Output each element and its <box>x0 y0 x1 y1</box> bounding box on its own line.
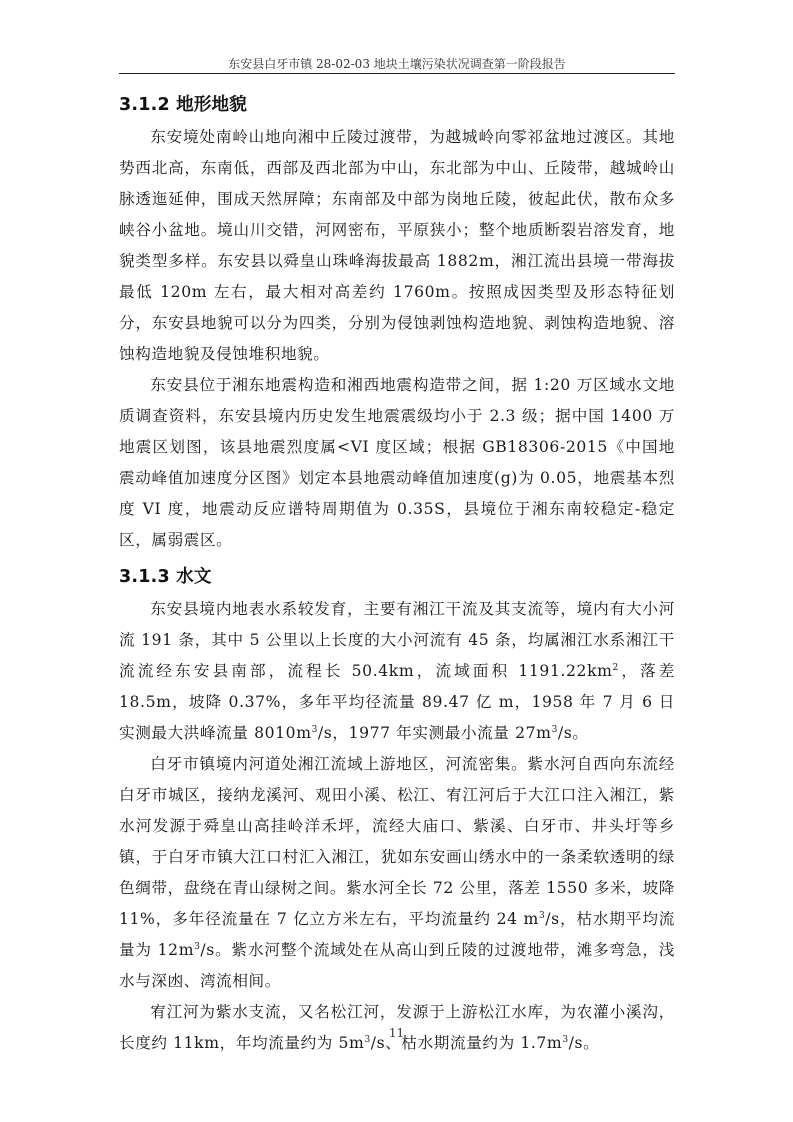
paragraph: 东安县位于湘东地震构造和湘西地震构造带之间，据 1:20 万区域水文地质调查资料… <box>119 370 675 556</box>
section-heading: 3.1.2 地形地貌 <box>119 88 675 122</box>
text-run: /s。紫水河整个流域处在从高山到丘陵的过渡地带，滩多弯急，浅水与深凼、湾流相间。 <box>119 941 675 990</box>
section-hydrology: 3.1.3 水文 东安县境内地表水系较发育，主要有湘江干流及其支流等，境内有大小… <box>119 560 675 1059</box>
text-run: /s。 <box>558 724 589 742</box>
header-divider <box>119 73 675 74</box>
paragraph: 东安县境内地表水系较发育，主要有湘江干流及其支流等，境内有大小河流 191 条，… <box>119 594 675 749</box>
paragraph: 东安境处南岭山地向湘中丘陵过渡带，为越城岭向零祁盆地过渡区。其地势西北高，东南低… <box>119 122 675 370</box>
paragraph: 白牙市镇境内河道处湘江流域上游地区，河流密集。紫水河自西向东流经白牙市城区，接纳… <box>119 749 675 997</box>
text-run: /s，1977 年实测最小流量 27m <box>318 724 552 742</box>
running-header: 东安县白牙市镇 28-02-03 地块土壤污染状况调查第一阶段报告 <box>119 55 675 72</box>
page-number: 11 <box>0 1026 793 1040</box>
section-heading: 3.1.3 水文 <box>119 560 675 594</box>
document-body: 3.1.2 地形地貌 东安境处南岭山地向湘中丘陵过渡带，为越城岭向零祁盆地过渡区… <box>119 88 675 1059</box>
text-run: 东安县境内地表水系较发育，主要有湘江干流及其支流等，境内有大小河流 191 条，… <box>119 600 675 680</box>
section-topography: 3.1.2 地形地貌 东安境处南岭山地向湘中丘陵过渡带，为越城岭向零祁盆地过渡区… <box>119 88 675 556</box>
text-run: 白牙市镇境内河道处湘江流域上游地区，河流密集。紫水河自西向东流经白牙市城区，接纳… <box>119 755 675 928</box>
